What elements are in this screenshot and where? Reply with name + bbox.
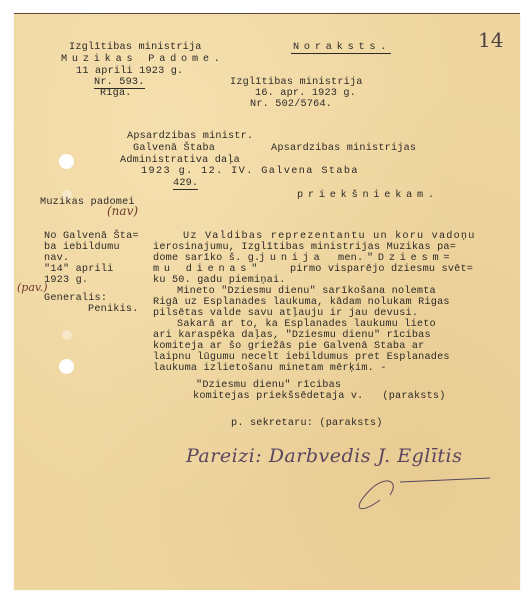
stamp-line-6: priekšniekam. <box>297 190 439 201</box>
closing-chair-signature: komitejas priekšsēdetaja v. (paraksts) <box>193 391 446 402</box>
handnote-pav: (pav.) <box>17 281 48 294</box>
margin-note-line-5: 1923 g. <box>44 275 88 286</box>
body-line-3d: "Dziesm= <box>367 253 454 264</box>
page-number-handwritten: 14 <box>478 28 503 52</box>
closing-committee: "Dziesmu dienu" rīcibas <box>196 380 341 391</box>
closing-secretary-signature: p. sekretaru: (paraksts) <box>231 418 383 429</box>
document-title-copy: Noraksts. <box>291 42 391 54</box>
body-line-9: Sakarā ar to, ka Esplanades laukumu liet… <box>177 319 436 330</box>
header-right-number: Nr. 502/5764. <box>250 99 332 110</box>
body-line-4a: mu dienas" <box>153 264 262 275</box>
body-line-3a: dome sarīko š. g. <box>153 253 260 264</box>
body-line-6: Mineto "Dziesmu dienu" sarīkošana nolemt… <box>177 286 436 297</box>
stamp-line-1: Apsardzibas ministr. <box>127 131 253 142</box>
punch-hole <box>59 154 74 169</box>
margin-note-line-4: "14" aprili <box>44 264 113 275</box>
body-line-12: laipnu lūgumu necelt iebildumus pret Esp… <box>153 352 450 363</box>
punch-hole <box>59 359 74 374</box>
stamp-line-2b: Apsardzibas ministrijas <box>271 143 416 154</box>
header-left-place: Rīga. <box>100 88 132 99</box>
header-left-date: 11 aprili 1923 g. <box>76 66 183 77</box>
body-line-7: Rigā uz Esplanades laukuma, kādam noluka… <box>153 297 450 308</box>
body-line-5: ku 50. gadu piemiņai. <box>153 275 286 286</box>
stamp-line-5: 429. <box>173 178 198 190</box>
stamp-line-3: Administrativa daļa <box>120 155 240 166</box>
margin-note-line-2: ba iebildumu <box>44 242 120 253</box>
body-line-2: ierosinajumu, Izglītibas ministrijas Muz… <box>153 242 456 253</box>
margin-note-signatory-name: Penikis. <box>88 304 139 315</box>
margin-note-signatory-title: Generalis: <box>44 293 107 304</box>
body-line-4b: pirmo visparējo dziesmu svēt= <box>290 264 473 275</box>
body-line-8: pilsētas valde savu atļauju ir jau devus… <box>153 308 418 319</box>
margin-note-line-1: No Galvenā Šta= <box>44 231 139 242</box>
body-line-10: ari karaspēka daļas, "Dziesmu dienu" rīc… <box>153 330 431 341</box>
body-line-13: laukuma izlietošanu minetam mērķim. - <box>153 363 387 374</box>
handnote-nav: (nav) <box>107 204 138 218</box>
stamp-line-4: 1923 g. 12. IV. Galvena Staba <box>141 166 359 177</box>
body-line-3c: men. <box>338 253 363 264</box>
body-line-11: komiteja ar šo griežās pie Galvenā Staba… <box>153 341 424 352</box>
punch-hole-mark <box>62 330 72 340</box>
body-line-1: Uz Valdibas reprezentantu un koru vadoņu <box>183 231 476 242</box>
margin-note-line-3: nav. <box>44 253 69 264</box>
header-left-ministry: Izglītibas ministrija <box>69 42 202 53</box>
body-line-3b: junija <box>259 253 324 264</box>
header-left-council: Muzikas Padome. <box>61 54 225 65</box>
stamp-line-2a: Galvenā Štaba <box>133 143 215 154</box>
signature-flourish <box>340 460 510 520</box>
header-right-ministry: Izglītibas ministrija <box>230 77 363 88</box>
header-right-date: 16. apr. 1923 g. <box>255 88 356 99</box>
